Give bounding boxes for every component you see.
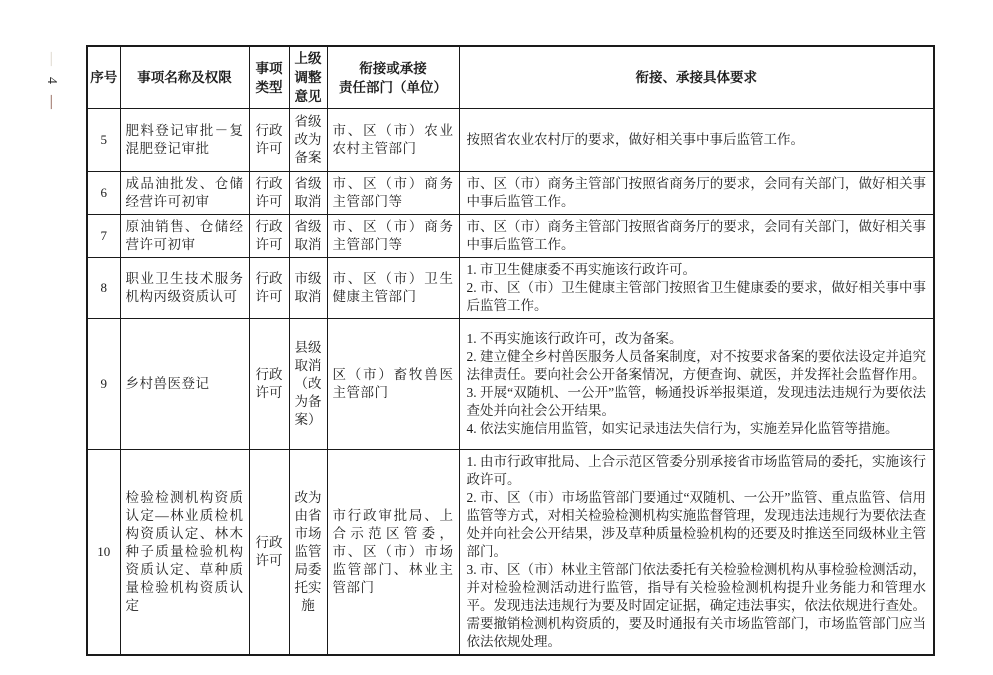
page-number-dash-bottom: —: [44, 95, 59, 120]
cell-name: 原油销售、仓储经营许可初审: [120, 215, 249, 258]
header-cell-opinion: 上级 调整 意见: [289, 46, 327, 109]
cell-department: 市、区（市）商务主管部门等: [327, 172, 459, 215]
cell-requirements: 市、区（市）商务主管部门按照省商务厅的要求，会同有关部门，做好相关事中事后监管工…: [459, 215, 934, 258]
cell-type: 行政许可: [249, 258, 289, 319]
cell-department: 市行政审批局、上合示范区管委，市、区（市）市场监管部门、林业主管部门: [327, 450, 459, 656]
cell-name: 乡村兽医登记: [120, 319, 249, 450]
cell-type: 行政许可: [249, 109, 289, 172]
cell-no: 7: [87, 215, 120, 258]
cell-opinion: 市级取消: [289, 258, 327, 319]
cell-requirements: 市、区（市）商务主管部门按照省商务厅的要求，会同有关部门，做好相关事中事后监管工…: [459, 172, 934, 215]
header-row: 序号 事项名称及权限 事项 类型 上级 调整 意见 衔接或承接 责任部门（单位）…: [87, 46, 934, 109]
cell-no: 6: [87, 172, 120, 215]
table-row: 8 职业卫生技术服务机构丙级资质认可 行政许可 市级取消 市、区（市）卫生健康主…: [87, 258, 934, 319]
cell-department: 市、区（市）农业农村主管部门: [327, 109, 459, 172]
cell-name: 检验检测机构资质认定—林业质检机构资质认定、林木种子质量检验机构资质认定、草种质…: [120, 450, 249, 656]
cell-type: 行政许可: [249, 172, 289, 215]
page-number-dash-top: —: [44, 52, 59, 77]
cell-no: 9: [87, 319, 120, 450]
cell-opinion: 县级取消（改为备案）: [289, 319, 327, 450]
table-row: 6 成品油批发、仓储经营许可初审 行政许可 省级取消 市、区（市）商务主管部门等…: [87, 172, 934, 215]
transfer-items-table: 序号 事项名称及权限 事项 类型 上级 调整 意见 衔接或承接 责任部门（单位）…: [86, 45, 935, 656]
cell-opinion: 省级取消: [289, 172, 327, 215]
page-number-value: 4: [44, 77, 59, 95]
cell-type: 行政许可: [249, 450, 289, 656]
cell-opinion: 省级取消: [289, 215, 327, 258]
cell-opinion: 省级改为备案: [289, 109, 327, 172]
header-cell-type: 事项 类型: [249, 46, 289, 109]
cell-opinion: 改为由省市场监管局委托实施: [289, 450, 327, 656]
cell-requirements: 1. 不再实施该行政许可，改为备案。 2. 建立健全乡村兽医服务人员备案制度，对…: [459, 319, 934, 450]
table-row: 5 肥料登记审批－复混肥登记审批 行政许可 省级改为备案 市、区（市）农业农村主…: [87, 109, 934, 172]
table-row: 7 原油销售、仓储经营许可初审 行政许可 省级取消 市、区（市）商务主管部门等 …: [87, 215, 934, 258]
table-row: 10 检验检测机构资质认定—林业质检机构资质认定、林木种子质量检验机构资质认定、…: [87, 450, 934, 656]
header-cell-no: 序号: [87, 46, 120, 109]
page-number: —4—: [44, 52, 58, 120]
document-page: —4— 序号 事项名称及权限 事项 类型 上级 调整 意见 衔接或承接 责任部门…: [0, 0, 993, 675]
header-cell-requirements: 衔接、承接具体要求: [459, 46, 934, 109]
cell-type: 行政许可: [249, 319, 289, 450]
cell-requirements: 1. 由市行政审批局、上合示范区管委分别承接省市场监管局的委托，实施该行政许可。…: [459, 450, 934, 656]
cell-no: 5: [87, 109, 120, 172]
cell-name: 职业卫生技术服务机构丙级资质认可: [120, 258, 249, 319]
header-cell-name: 事项名称及权限: [120, 46, 249, 109]
cell-department: 市、区（市）商务主管部门等: [327, 215, 459, 258]
cell-department: 区（市）畜牧兽医主管部门: [327, 319, 459, 450]
cell-no: 10: [87, 450, 120, 656]
cell-requirements: 按照省农业农村厅的要求，做好相关事中事后监管工作。: [459, 109, 934, 172]
header-cell-department: 衔接或承接 责任部门（单位）: [327, 46, 459, 109]
cell-requirements: 1. 市卫生健康委不再实施该行政许可。 2. 市、区（市）卫生健康主管部门按照省…: [459, 258, 934, 319]
cell-type: 行政许可: [249, 215, 289, 258]
cell-name: 肥料登记审批－复混肥登记审批: [120, 109, 249, 172]
cell-no: 8: [87, 258, 120, 319]
table-row: 9 乡村兽医登记 行政许可 县级取消（改为备案） 区（市）畜牧兽医主管部门 1.…: [87, 319, 934, 450]
cell-department: 市、区（市）卫生健康主管部门: [327, 258, 459, 319]
cell-name: 成品油批发、仓储经营许可初审: [120, 172, 249, 215]
